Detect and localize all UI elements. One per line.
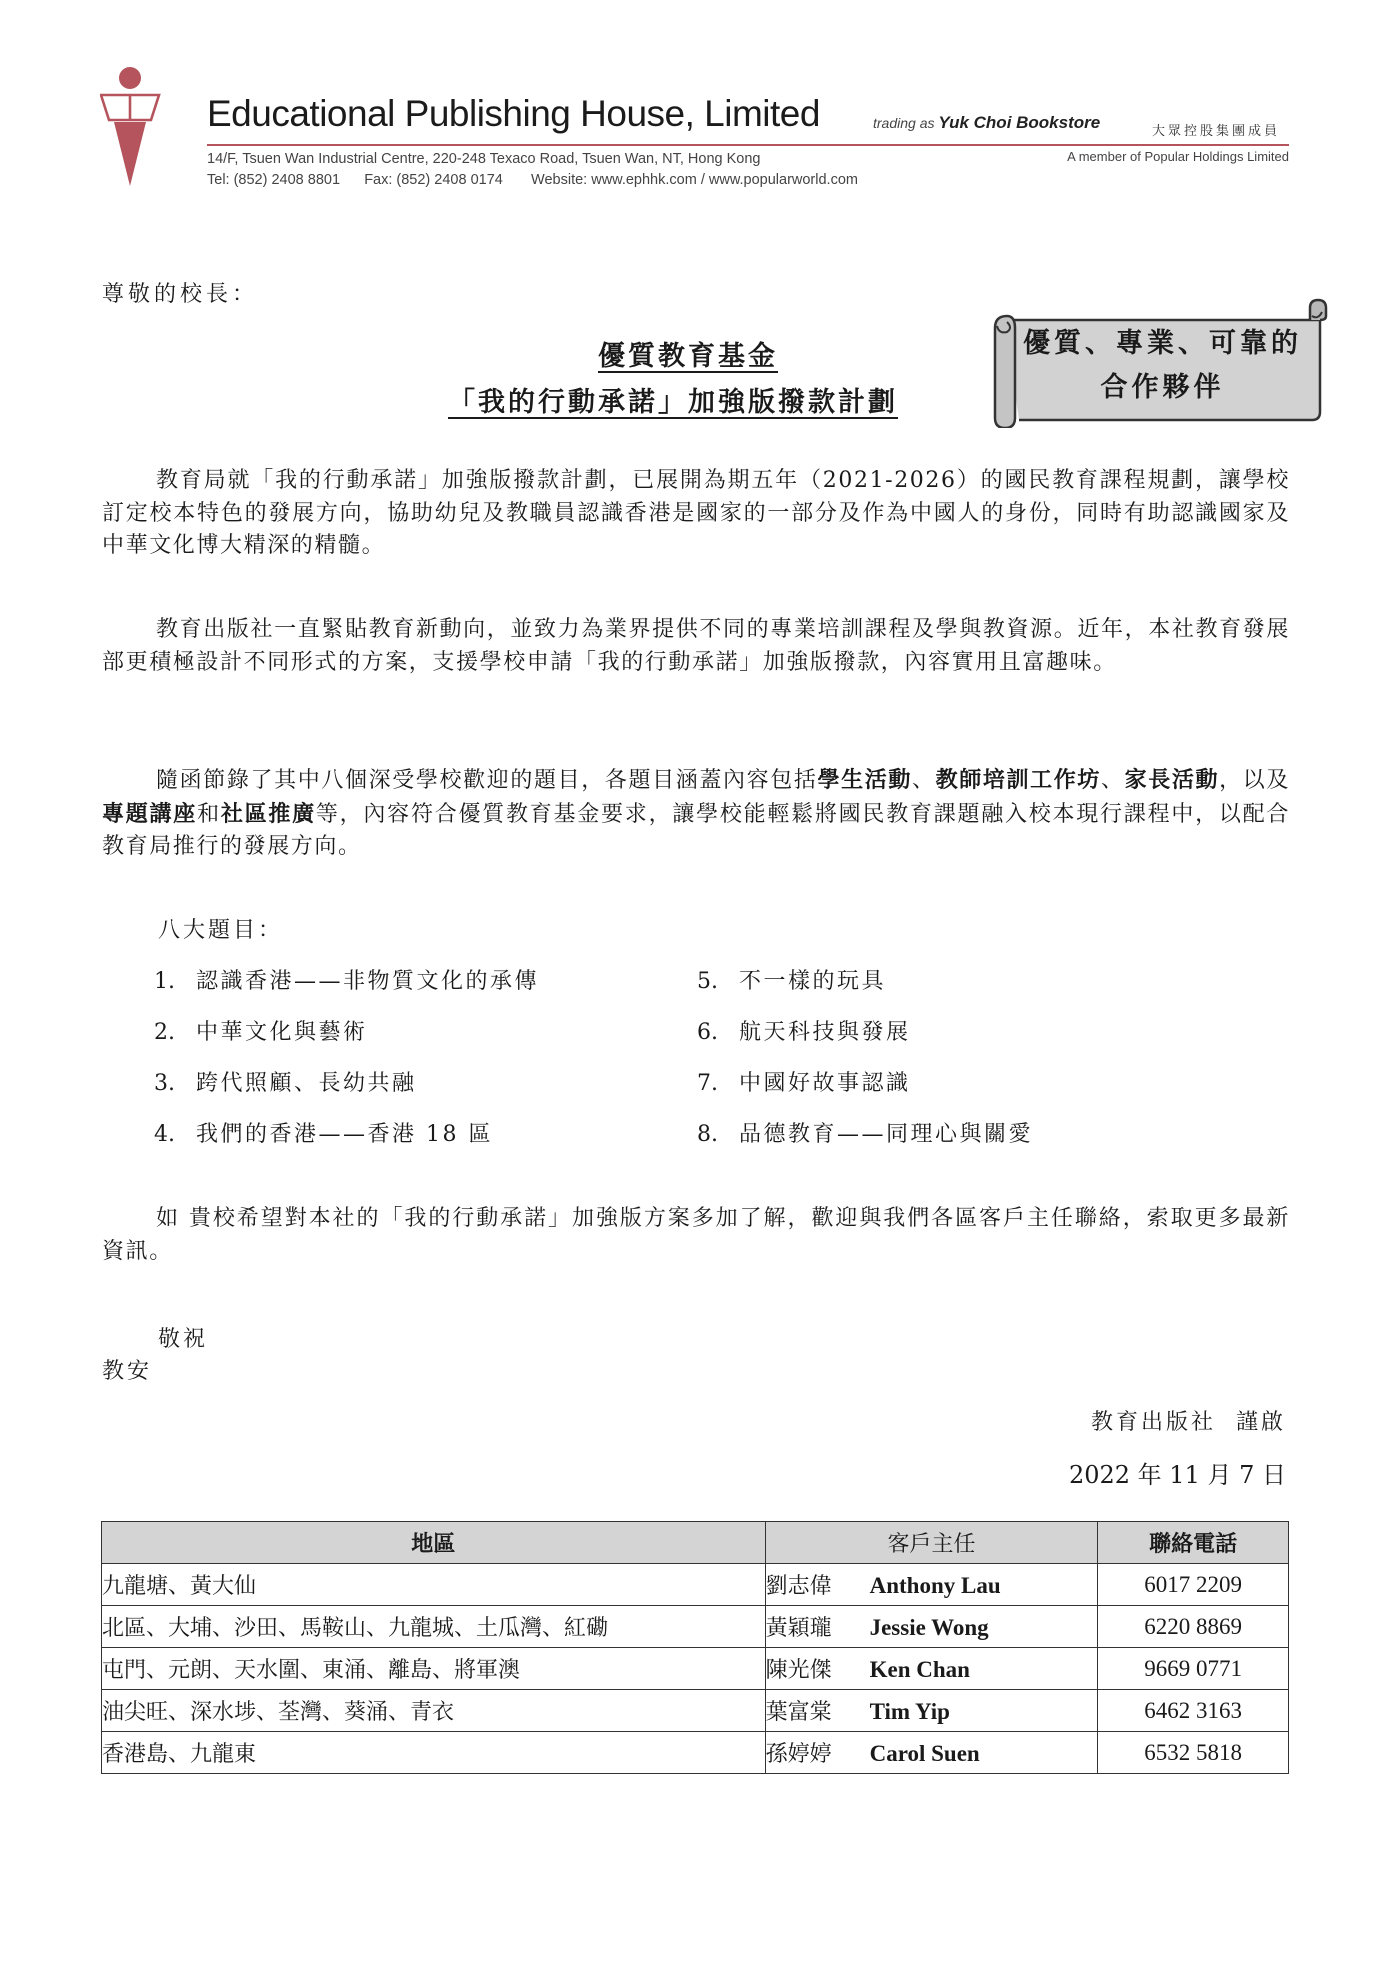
text: 、 xyxy=(912,768,936,793)
topic-number: 3. xyxy=(154,1071,196,1096)
paragraph-3: 隨函節錄了其中八個深受學校歡迎的題目，各題目涵蓋內容包括學生活動、教師培訓工作坊… xyxy=(102,764,1290,864)
company-logo-icon xyxy=(100,66,184,191)
text: ，以及 xyxy=(1219,768,1290,793)
cell-phone: 6532 5818 xyxy=(1098,1732,1289,1774)
text: 隨函節錄了其中八個深受學校歡迎的題目，各題目涵蓋內容包括 xyxy=(156,768,817,793)
topic-number: 1. xyxy=(154,969,196,994)
letter-title-line2: 「我的行動承諾」加強版撥款計劃 xyxy=(448,380,898,419)
topic-item: 2.中華文化與藝術 xyxy=(154,1015,368,1046)
company-address: 14/F, Tsuen Wan Industrial Centre, 220-2… xyxy=(207,151,760,167)
topic-label: 中國好故事認識 xyxy=(739,1071,911,1096)
contacts-table: 地區 客戶主任 聯絡電話 九龍塘、黃大仙 劉志偉Anthony Lau 6017… xyxy=(101,1521,1289,1774)
cell-officer: 劉志偉Anthony Lau xyxy=(765,1564,1098,1606)
letter-date: 2022 年 11 月 7 日 xyxy=(1069,1455,1286,1490)
banner-line1: 優質、專業、可靠的 xyxy=(1005,322,1320,366)
topics-heading: 八大題目： xyxy=(158,913,283,944)
cell-region: 屯門、元朗、天水圍、東涌、離島、將軍澳 xyxy=(102,1648,766,1690)
topic-item: 8.品德教育——同理心與關愛 xyxy=(697,1117,1033,1148)
topic-number: 6. xyxy=(697,1020,739,1045)
cell-region: 香港島、九龍東 xyxy=(102,1732,766,1774)
cell-officer: 葉富棠Tim Yip xyxy=(765,1690,1098,1732)
trading-prefix: trading as xyxy=(873,115,934,131)
company-fax: Fax: (852) 2408 0174 xyxy=(364,172,503,188)
topic-item: 1.認識香港——非物質文化的承傳 xyxy=(154,964,539,995)
scroll-banner: 優質、專業、可靠的 合作夥伴 xyxy=(1005,322,1320,410)
cell-phone: 6017 2209 xyxy=(1098,1564,1289,1606)
topic-item: 3.跨代照顧、長幼共融 xyxy=(154,1066,417,1097)
officer-name-en: Carol Suen xyxy=(870,1741,980,1766)
officer-name-en: Anthony Lau xyxy=(870,1573,1001,1598)
bold-parent-activities: 家長活動 xyxy=(1125,767,1220,793)
topic-label: 航天科技與發展 xyxy=(739,1020,911,1045)
paragraph-1: 教育局就「我的行動承諾」加強版撥款計劃，已展開為期五年（2021-2026）的國… xyxy=(102,465,1290,563)
closing-regards: 敬祝 xyxy=(158,1322,208,1353)
officer-name-cn: 黃穎瓏 xyxy=(766,1611,870,1642)
topic-number: 4. xyxy=(154,1122,196,1147)
cell-phone: 9669 0771 xyxy=(1098,1648,1289,1690)
letter-title-line1: 優質教育基金 xyxy=(598,334,778,373)
text: 、 xyxy=(1101,768,1125,793)
cell-phone: 6462 3163 xyxy=(1098,1690,1289,1732)
cell-officer: 陳光傑Ken Chan xyxy=(765,1648,1098,1690)
bold-talks: 專題講座 xyxy=(102,801,197,827)
officer-name-cn: 孫婷婷 xyxy=(766,1737,870,1768)
topic-number: 2. xyxy=(154,1020,196,1045)
paragraph-2: 教育出版社一直緊貼教育新動向，並致力為業界提供不同的專業培訓課程及學與教資源。近… xyxy=(102,614,1290,679)
officer-name-cn: 葉富棠 xyxy=(766,1695,870,1726)
table-row: 九龍塘、黃大仙 劉志偉Anthony Lau 6017 2209 xyxy=(102,1564,1289,1606)
trading-name: Yuk Choi Bookstore xyxy=(938,113,1100,132)
topic-label: 品德教育——同理心與關愛 xyxy=(739,1122,1033,1147)
officer-name-en: Ken Chan xyxy=(870,1657,970,1682)
topic-label: 跨代照顧、長幼共融 xyxy=(196,1071,417,1096)
company-name: Educational Publishing House, Limited xyxy=(207,93,820,135)
table-row: 屯門、元朗、天水圍、東涌、離島、將軍澳 陳光傑Ken Chan 9669 077… xyxy=(102,1648,1289,1690)
company-tel: Tel: (852) 2408 8801 xyxy=(207,172,340,188)
topic-label: 不一樣的玩具 xyxy=(739,969,886,994)
topic-label: 中華文化與藝術 xyxy=(196,1020,368,1045)
header-phone: 聯絡電話 xyxy=(1098,1522,1289,1564)
bold-community: 社區推廣 xyxy=(221,801,316,827)
officer-name-cn: 陳光傑 xyxy=(766,1653,870,1684)
company-contact: Tel: (852) 2408 8801 Fax: (852) 2408 017… xyxy=(207,172,858,188)
group-member-cn: 大眾控股集團成員 xyxy=(1152,120,1280,139)
cell-region: 九龍塘、黃大仙 xyxy=(102,1564,766,1606)
table-row: 油尖旺、深水埗、荃灣、葵涌、青衣 葉富棠Tim Yip 6462 3163 xyxy=(102,1690,1289,1732)
cell-officer: 黃穎瓏Jessie Wong xyxy=(765,1606,1098,1648)
cell-officer: 孫婷婷Carol Suen xyxy=(765,1732,1098,1774)
company-website: Website: www.ephhk.com / www.popularworl… xyxy=(531,172,858,188)
officer-name-en: Tim Yip xyxy=(870,1699,950,1724)
table-row: 北區、大埔、沙田、馬鞍山、九龍城、土瓜灣、紅磡 黃穎瓏Jessie Wong 6… xyxy=(102,1606,1289,1648)
topic-item: 4.我們的香港——香港 18 區 xyxy=(154,1117,493,1148)
group-member-en: A member of Popular Holdings Limited xyxy=(1067,149,1289,164)
cell-phone: 6220 8869 xyxy=(1098,1606,1289,1648)
officer-name-en: Jessie Wong xyxy=(870,1615,989,1640)
topic-item: 7.中國好故事認識 xyxy=(697,1066,911,1097)
topic-number: 8. xyxy=(697,1122,739,1147)
header-officer: 客戶主任 xyxy=(765,1522,1098,1564)
bold-student-activities: 學生活動 xyxy=(817,767,912,793)
topic-number: 7. xyxy=(697,1071,739,1096)
table-row: 香港島、九龍東 孫婷婷Carol Suen 6532 5818 xyxy=(102,1732,1289,1774)
trading-as: trading as Yuk Choi Bookstore xyxy=(873,113,1100,133)
text: 和 xyxy=(197,802,221,827)
topic-label: 認識香港——非物質文化的承傳 xyxy=(196,969,539,994)
salutation: 尊敬的校長： xyxy=(102,277,258,308)
table-header-row: 地區 客戶主任 聯絡電話 xyxy=(102,1522,1289,1564)
cell-region: 油尖旺、深水埗、荃灣、葵涌、青衣 xyxy=(102,1690,766,1732)
topic-label: 我們的香港——香港 18 區 xyxy=(196,1122,493,1147)
topic-item: 5.不一樣的玩具 xyxy=(697,964,886,995)
topic-item: 6.航天科技與發展 xyxy=(697,1015,911,1046)
letterhead-divider xyxy=(207,144,1289,146)
header-region: 地區 xyxy=(102,1522,766,1564)
officer-name-cn: 劉志偉 xyxy=(766,1569,870,1600)
signature: 教育出版社 謹啟 xyxy=(1091,1405,1286,1436)
cell-region: 北區、大埔、沙田、馬鞍山、九龍城、土瓜灣、紅磡 xyxy=(102,1606,766,1648)
bold-teacher-workshops: 教師培訓工作坊 xyxy=(936,767,1101,793)
banner-line2: 合作夥伴 xyxy=(1005,366,1320,410)
topic-number: 5. xyxy=(697,969,739,994)
closing-wish: 教安 xyxy=(102,1354,152,1385)
paragraph-4: 如 貴校希望對本社的「我的行動承諾」加強版方案多加了解，歡迎與我們各區客戶主任聯… xyxy=(102,1203,1290,1268)
